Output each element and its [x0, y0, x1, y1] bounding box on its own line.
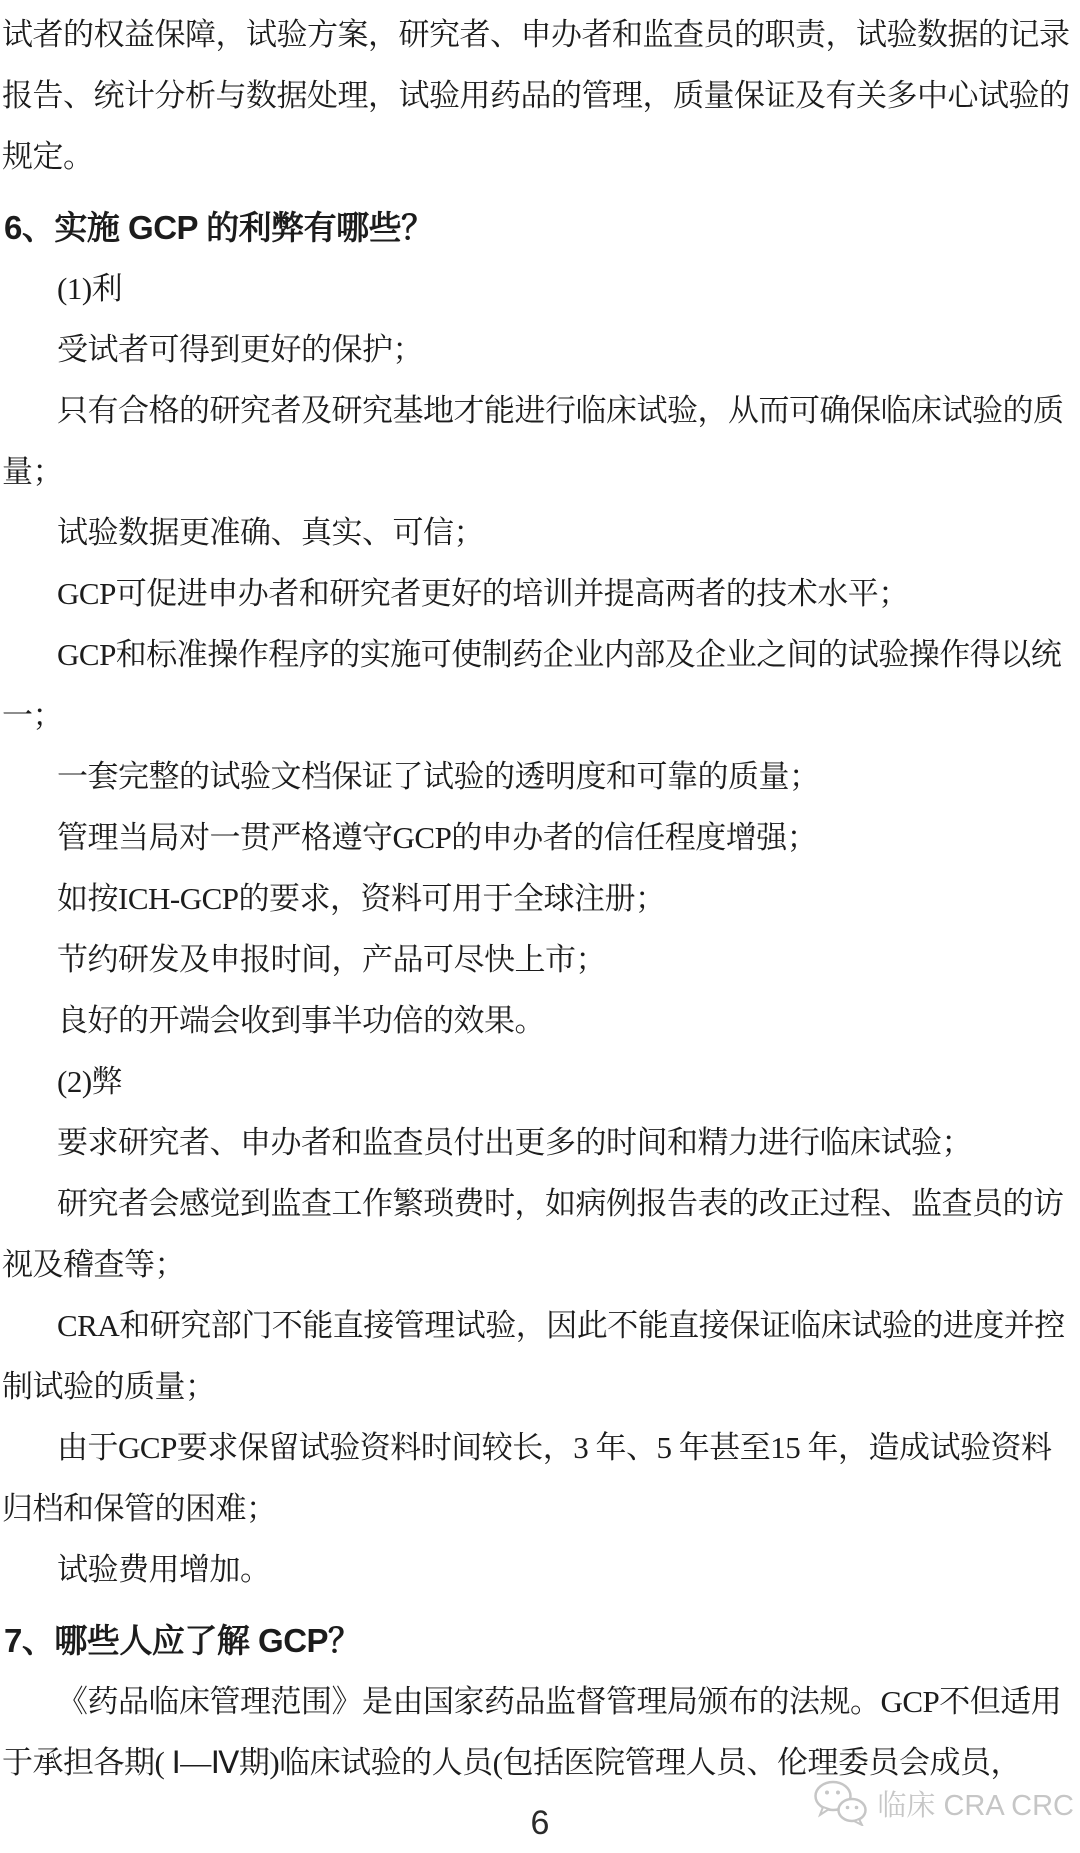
text-line: 如按ICH-GCP的要求，资料可用于全球注册；	[0, 868, 1080, 929]
text-line: 一；	[0, 685, 1080, 746]
text-line: (2)弊	[0, 1051, 1080, 1112]
text-line: 由于GCP要求保留试验资料时间较长，3 年、5 年甚至15 年，造成试验资料	[0, 1417, 1080, 1478]
text-line: 量；	[0, 441, 1080, 502]
text-line: 试验数据更准确、真实、可信；	[0, 502, 1080, 563]
text-line: 良好的开端会收到事半功倍的效果。	[0, 990, 1080, 1051]
text-line: 受试者可得到更好的保护；	[0, 319, 1080, 380]
text-line: GCP和标准操作程序的实施可使制药企业内部及企业之间的试验操作得以统	[0, 624, 1080, 685]
text-line: 规定。	[0, 126, 1080, 187]
text-line: (1)利	[0, 258, 1080, 319]
text-line: 只有合格的研究者及研究基地才能进行临床试验，从而可确保临床试验的质	[0, 380, 1080, 441]
text-line: 归档和保管的困难；	[0, 1478, 1080, 1539]
text-line: 视及稽查等；	[0, 1234, 1080, 1295]
text-line: 制试验的质量；	[0, 1356, 1080, 1417]
text-line: 试者的权益保障，试验方案，研究者、申办者和监查员的职责，试验数据的记录	[0, 4, 1080, 65]
text-line: 报告、统计分析与数据处理，试验用药品的管理，质量保证及有关多中心试验的	[0, 65, 1080, 126]
text-line: GCP可促进申办者和研究者更好的培训并提高两者的技术水平；	[0, 563, 1080, 624]
text-line: 试验费用增加。	[0, 1539, 1080, 1600]
section-heading-7: 7、哪些人应了解 GCP？	[0, 1610, 1080, 1671]
text-line: CRA和研究部门不能直接管理试验，因此不能直接保证临床试验的进度并控	[0, 1295, 1080, 1356]
text-line: 节约研发及申报时间，产品可尽快上市；	[0, 929, 1080, 990]
text-line: 要求研究者、申办者和监查员付出更多的时间和精力进行临床试验；	[0, 1112, 1080, 1173]
text-line: 研究者会感觉到监查工作繁琐费时，如病例报告表的改正过程、监查员的访	[0, 1173, 1080, 1234]
text-line: 管理当局对一贯严格遵守GCP的申办者的信任程度增强；	[0, 807, 1080, 868]
text-line: 一套完整的试验文档保证了试验的透明度和可靠的质量；	[0, 746, 1080, 807]
document-page: 试者的权益保障，试验方案，研究者、申办者和监查员的职责，试验数据的记录 报告、统…	[0, 0, 1080, 1853]
section-heading-6: 6、实施 GCP 的利弊有哪些？	[0, 197, 1080, 258]
document-body: 试者的权益保障，试验方案，研究者、申办者和监查员的职责，试验数据的记录 报告、统…	[0, 4, 1080, 1793]
text-line: 《药品临床管理范围》是由国家药品监督管理局颁布的法规。GCP不但适用	[0, 1671, 1080, 1732]
page-number: 6	[0, 1804, 1080, 1843]
